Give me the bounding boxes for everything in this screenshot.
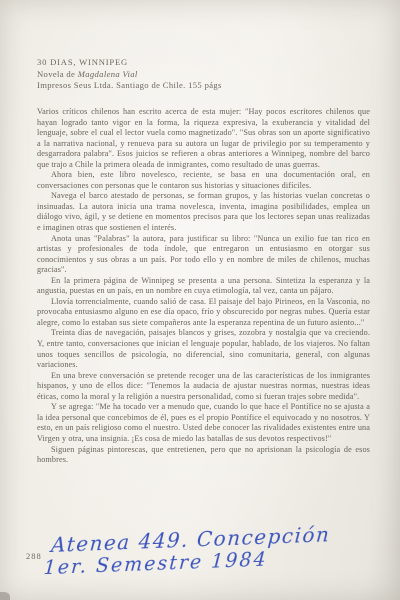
paragraph-9: Y se agrega: "Me ha tocado ver a menudo … bbox=[37, 402, 370, 444]
paragraph-7: Treinta días de navegación, paisajes bla… bbox=[37, 328, 370, 370]
page-number: 288 bbox=[26, 551, 42, 561]
paragraph-3: Navega el barco atestado de personas, se… bbox=[37, 191, 370, 233]
author-name: Magdalena Vial bbox=[78, 69, 138, 79]
author-prefix: Novela de bbox=[37, 69, 78, 79]
book-title: 30 DIAS, WINNIPEG bbox=[37, 57, 357, 69]
paragraph-8: En una breve conversación se pretende re… bbox=[37, 371, 370, 403]
paragraph-1: Varios críticos chilenos han escrito ace… bbox=[37, 107, 370, 170]
book-author-line: Novela de Magdalena Vial bbox=[37, 69, 357, 81]
paragraph-10: Siguen páginas pintorescas, que entretie… bbox=[37, 445, 370, 466]
imprint-line: Impresos Seus Ltda. Santiago de Chile. 1… bbox=[37, 80, 357, 92]
scanned-page: 30 DIAS, WINNIPEG Novela de Magdalena Vi… bbox=[0, 0, 400, 600]
paragraph-6: Llovía torrencialmente, cuando salió de … bbox=[37, 297, 370, 329]
handwritten-annotation: Atenea 449. Concepción 1er. Semestre 198… bbox=[49, 521, 352, 580]
paragraph-2: Ahora bien, este libro novelesco, recien… bbox=[37, 170, 370, 191]
review-body: Varios críticos chilenos han escrito ace… bbox=[37, 107, 370, 466]
book-header: 30 DIAS, WINNIPEG Novela de Magdalena Vi… bbox=[37, 57, 357, 92]
paragraph-5: En la primera página de Winnipeg se pres… bbox=[37, 276, 370, 297]
scan-speck bbox=[0, 592, 10, 600]
paragraph-4: Anota unas "Palabras" la autora, para ju… bbox=[37, 234, 370, 276]
